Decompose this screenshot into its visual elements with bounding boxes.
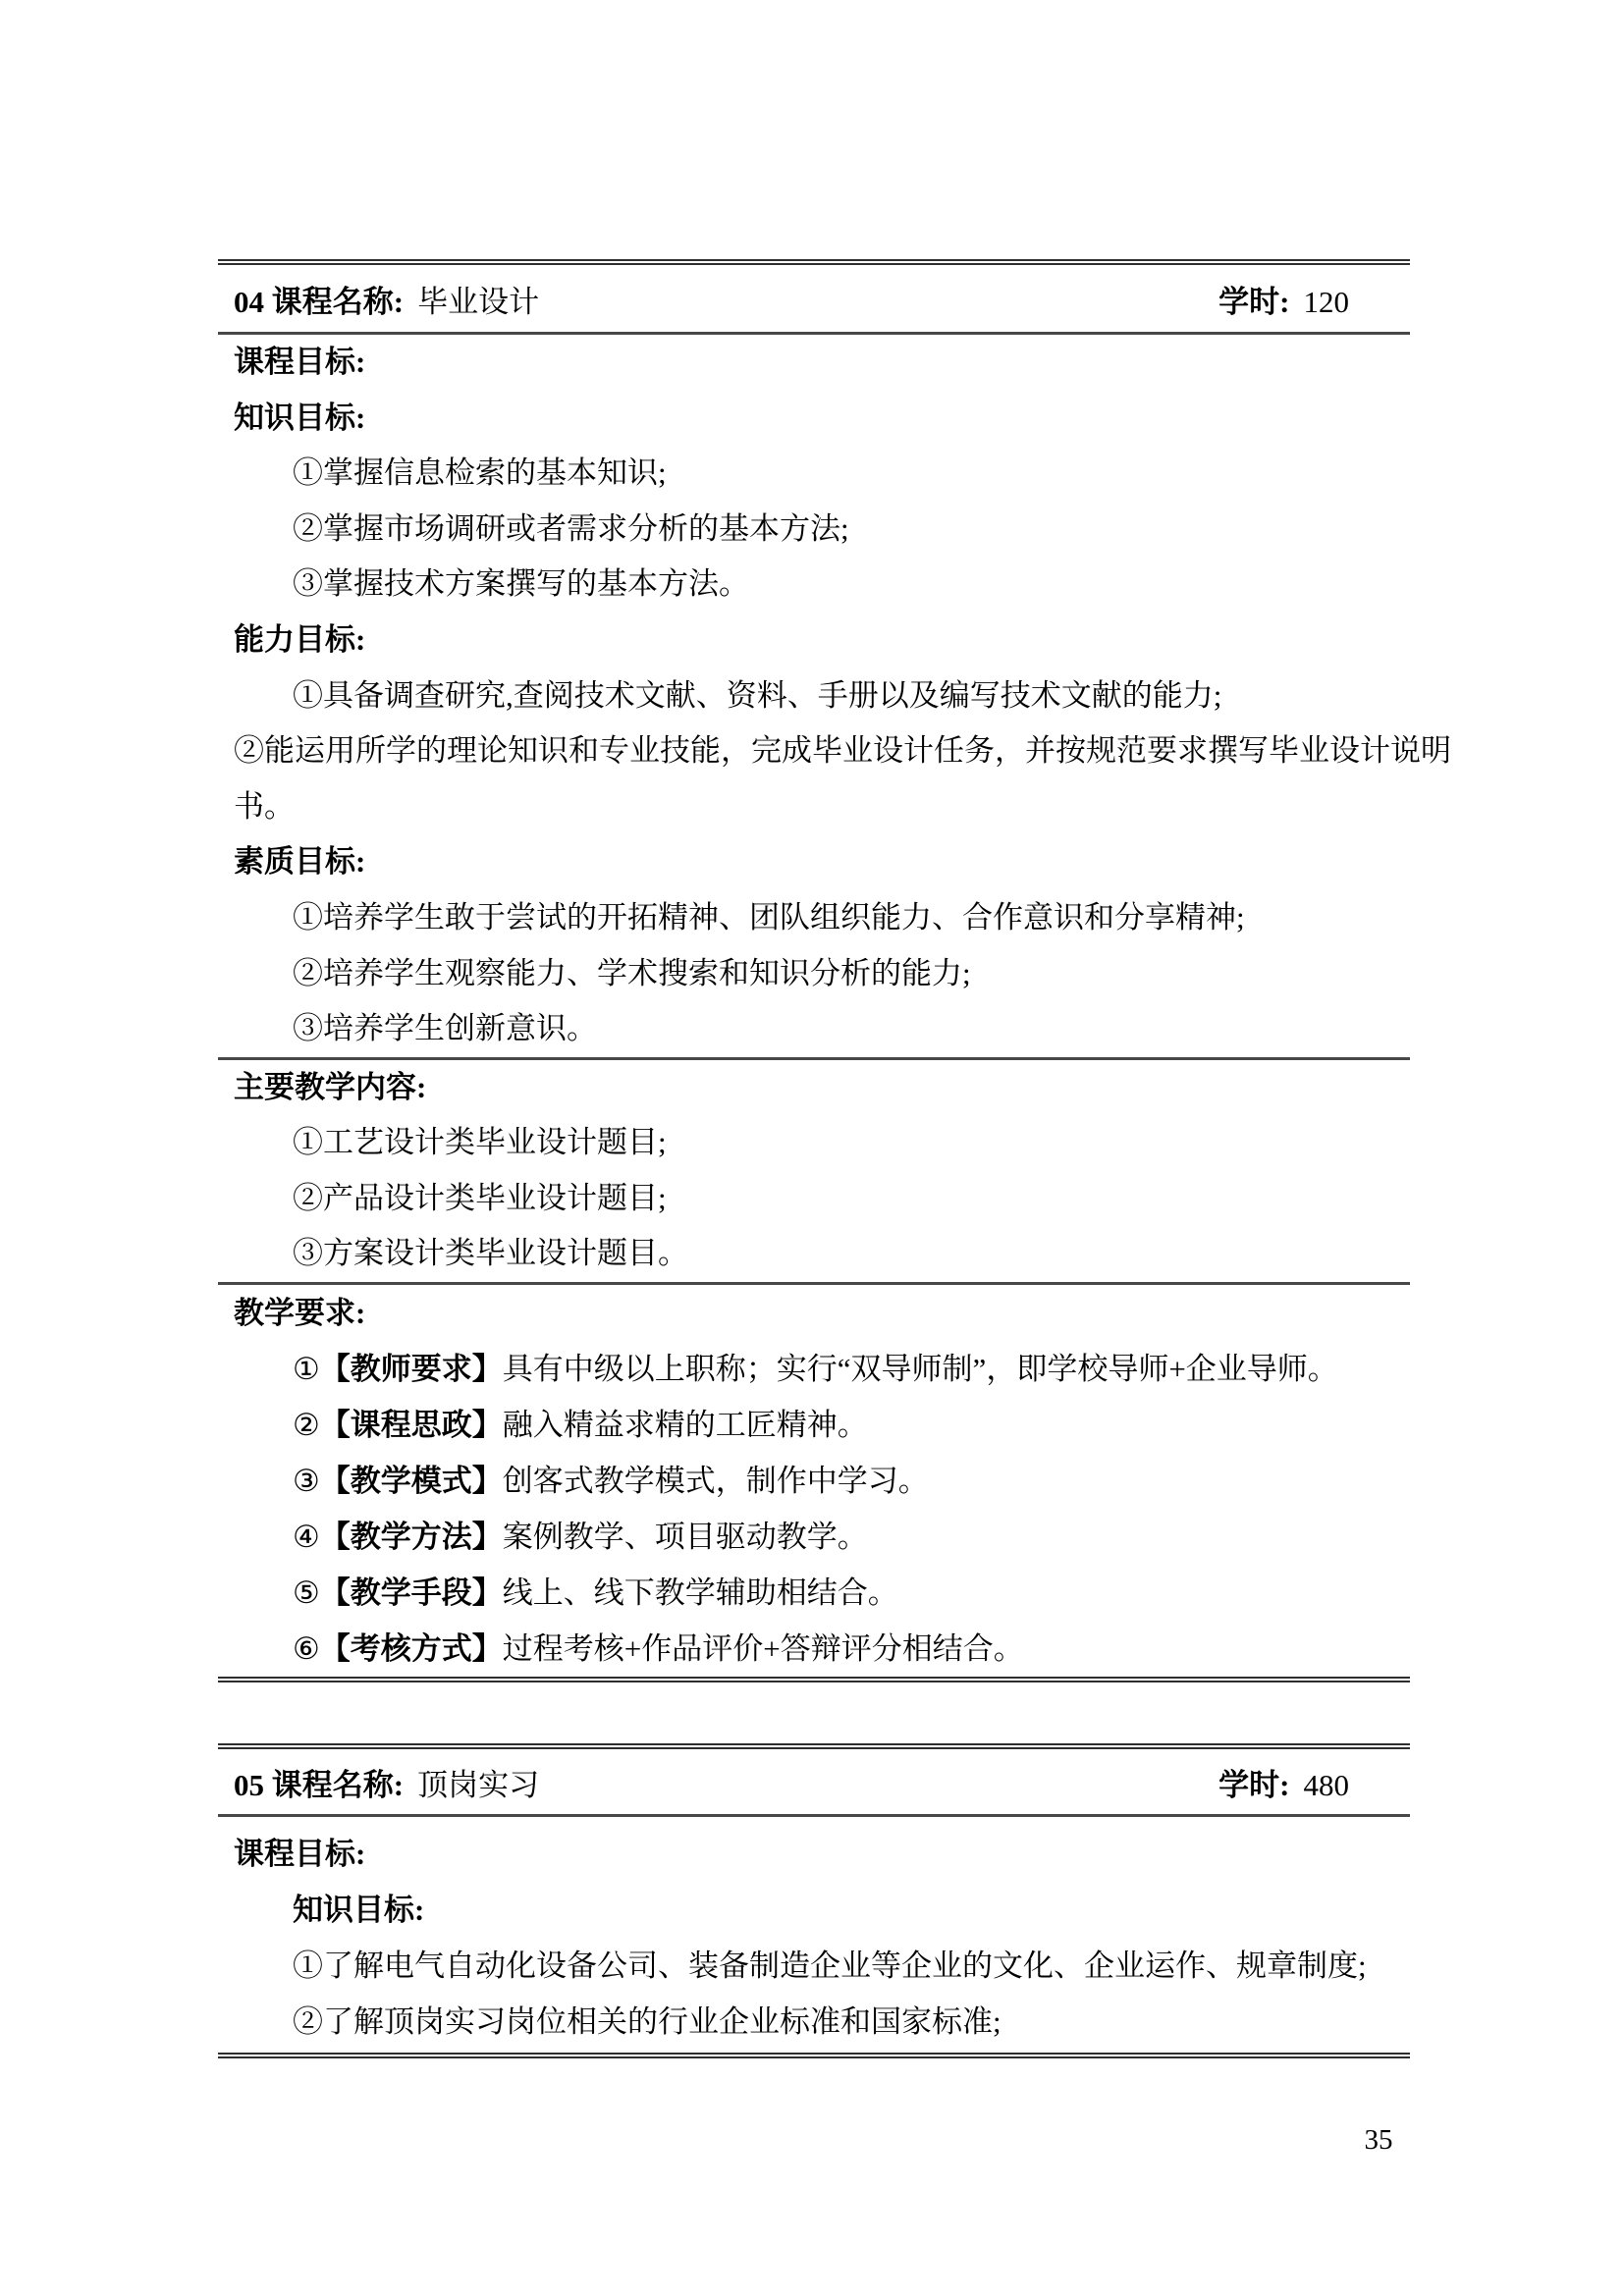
teaching-requirement-item: ②【课程思政】融入精益求精的工匠精神。	[218, 1397, 1410, 1453]
item-tag: 【教师要求】	[320, 1352, 503, 1386]
teaching-requirement-item: ③【教学模式】创客式教学模式，制作中学习。	[218, 1453, 1410, 1509]
course-04-table: 04 课程名称:毕业设计 学时:120 课程目标: 知识目标: ①掌握信息检索的…	[218, 259, 1410, 1682]
knowledge-goals-heading: 知识目标:	[218, 391, 1410, 447]
hours-value: 120	[1304, 285, 1350, 319]
course-id-label: 05 课程名称:	[234, 1768, 404, 1802]
hours-value: 480	[1304, 1768, 1350, 1802]
course-04-requirements-section: 教学要求: ①【教师要求】具有中级以上职称；实行“双导师制”，即学校导师+企业导…	[218, 1285, 1410, 1677]
knowledge-goals-heading: 知识目标:	[218, 1882, 1410, 1938]
knowledge-goal-item: ①了解电气自动化设备公司、装备制造企业等企业的文化、企业运作、规章制度;	[218, 1938, 1410, 1994]
teaching-content-item: ③方案设计类毕业设计题目。	[218, 1226, 1410, 1282]
ability-goals-heading: 能力目标:	[218, 613, 1410, 668]
course-name: 顶岗实习	[417, 1768, 539, 1802]
item-text: 创客式教学模式，制作中学习。	[503, 1464, 929, 1498]
course-05-header-row: 05 课程名称:顶岗实习 学时:480	[218, 1749, 1410, 1814]
course-04-hours: 学时:120	[1218, 277, 1349, 321]
course-05-hours: 学时:480	[1218, 1760, 1349, 1804]
item-number: ③	[293, 1464, 320, 1498]
knowledge-goal-item: ②掌握市场调研或者需求分析的基本方法;	[218, 502, 1410, 558]
teaching-requirement-item: ⑤【教学手段】线上、线下教学辅助相结合。	[218, 1565, 1410, 1621]
teaching-requirement-item: ⑥【考核方式】过程考核+作品评价+答辩评分相结合。	[218, 1621, 1410, 1677]
item-number: ⑥	[293, 1631, 320, 1666]
course-04-content-section: 主要教学内容: ①工艺设计类毕业设计题目; ②产品设计类毕业设计题目; ③方案设…	[218, 1060, 1410, 1282]
knowledge-goal-item: ②了解顶岗实习岗位相关的行业企业标准和国家标准;	[218, 1994, 1410, 2050]
hours-label: 学时:	[1218, 1768, 1289, 1802]
teaching-requirements-heading: 教学要求:	[218, 1285, 1410, 1341]
page-number: 35	[1353, 2120, 1404, 2160]
item-tag: 【教学模式】	[320, 1464, 503, 1498]
teaching-requirement-item: ④【教学方法】案例教学、项目驱动教学。	[218, 1509, 1410, 1565]
course-goals-heading: 课程目标:	[218, 335, 1410, 391]
document-page: { "theme": { "background": "#ffffff", "t…	[0, 0, 1624, 2296]
item-number: ④	[293, 1520, 320, 1554]
item-text: 线上、线下教学辅助相结合。	[503, 1575, 898, 1610]
item-number: ①	[293, 1352, 320, 1386]
course-04-header-row: 04 课程名称:毕业设计 学时:120	[218, 265, 1410, 332]
item-tag: 【教学手段】	[320, 1575, 503, 1610]
item-tag: 【教学方法】	[320, 1520, 503, 1554]
quality-goal-item: ③培养学生创新意识。	[218, 1001, 1410, 1057]
item-tag: 【考核方式】	[320, 1631, 503, 1666]
item-number: ②	[293, 1408, 320, 1442]
hours-label: 学时:	[1218, 285, 1289, 319]
teaching-content-item: ①工艺设计类毕业设计题目;	[218, 1115, 1410, 1171]
item-number: ⑤	[293, 1575, 320, 1610]
quality-goal-item: ②培养学生观察能力、学术搜索和知识分析的能力;	[218, 946, 1410, 1002]
table-bottom-double-rule	[218, 2053, 1410, 2058]
knowledge-goal-item: ①掌握信息检索的基本知识;	[218, 446, 1410, 502]
item-text: 过程考核+作品评价+答辩评分相结合。	[503, 1631, 1024, 1666]
ability-goal-item: ①具备调查研究,查阅技术文献、资料、手册以及编写技术文献的能力;	[218, 668, 1410, 724]
course-id-label: 04 课程名称:	[234, 285, 404, 319]
knowledge-goal-item: ③掌握技术方案撰写的基本方法。	[218, 557, 1410, 613]
course-05-table: 05 课程名称:顶岗实习 学时:480 课程目标: 知识目标: ①了解电气自动化…	[218, 1743, 1410, 2058]
teaching-requirement-item: ①【教师要求】具有中级以上职称；实行“双导师制”，即学校导师+企业导师。	[218, 1341, 1410, 1397]
course-05-goals-section: 课程目标: 知识目标: ①了解电气自动化设备公司、装备制造企业等企业的文化、企业…	[218, 1817, 1410, 2053]
course-goals-heading: 课程目标:	[218, 1826, 1410, 1882]
table-bottom-double-rule	[218, 1677, 1410, 1682]
course-name: 毕业设计	[417, 285, 539, 319]
ability-goal-item-line: 书。	[218, 779, 1410, 835]
course-04-goals-section: 课程目标: 知识目标: ①掌握信息检索的基本知识; ②掌握市场调研或者需求分析的…	[218, 335, 1410, 1057]
item-text: 具有中级以上职称；实行“双导师制”，即学校导师+企业导师。	[503, 1352, 1338, 1386]
quality-goal-item: ①培养学生敢于尝试的开拓精神、团队组织能力、合作意识和分享精神;	[218, 890, 1410, 946]
teaching-content-item: ②产品设计类毕业设计题目;	[218, 1171, 1410, 1227]
course-04-title: 04 课程名称:毕业设计	[234, 277, 539, 321]
item-text: 融入精益求精的工匠精神。	[503, 1408, 868, 1442]
item-tag: 【课程思政】	[320, 1408, 503, 1442]
quality-goals-heading: 素质目标:	[218, 834, 1410, 890]
ability-goal-item-line: ②能运用所学的理论知识和专业技能，完成毕业设计任务，并按规范要求撰写毕业设计说明	[218, 723, 1410, 779]
course-05-title: 05 课程名称:顶岗实习	[234, 1760, 539, 1804]
teaching-content-heading: 主要教学内容:	[218, 1060, 1410, 1116]
item-text: 案例教学、项目驱动教学。	[503, 1520, 868, 1554]
